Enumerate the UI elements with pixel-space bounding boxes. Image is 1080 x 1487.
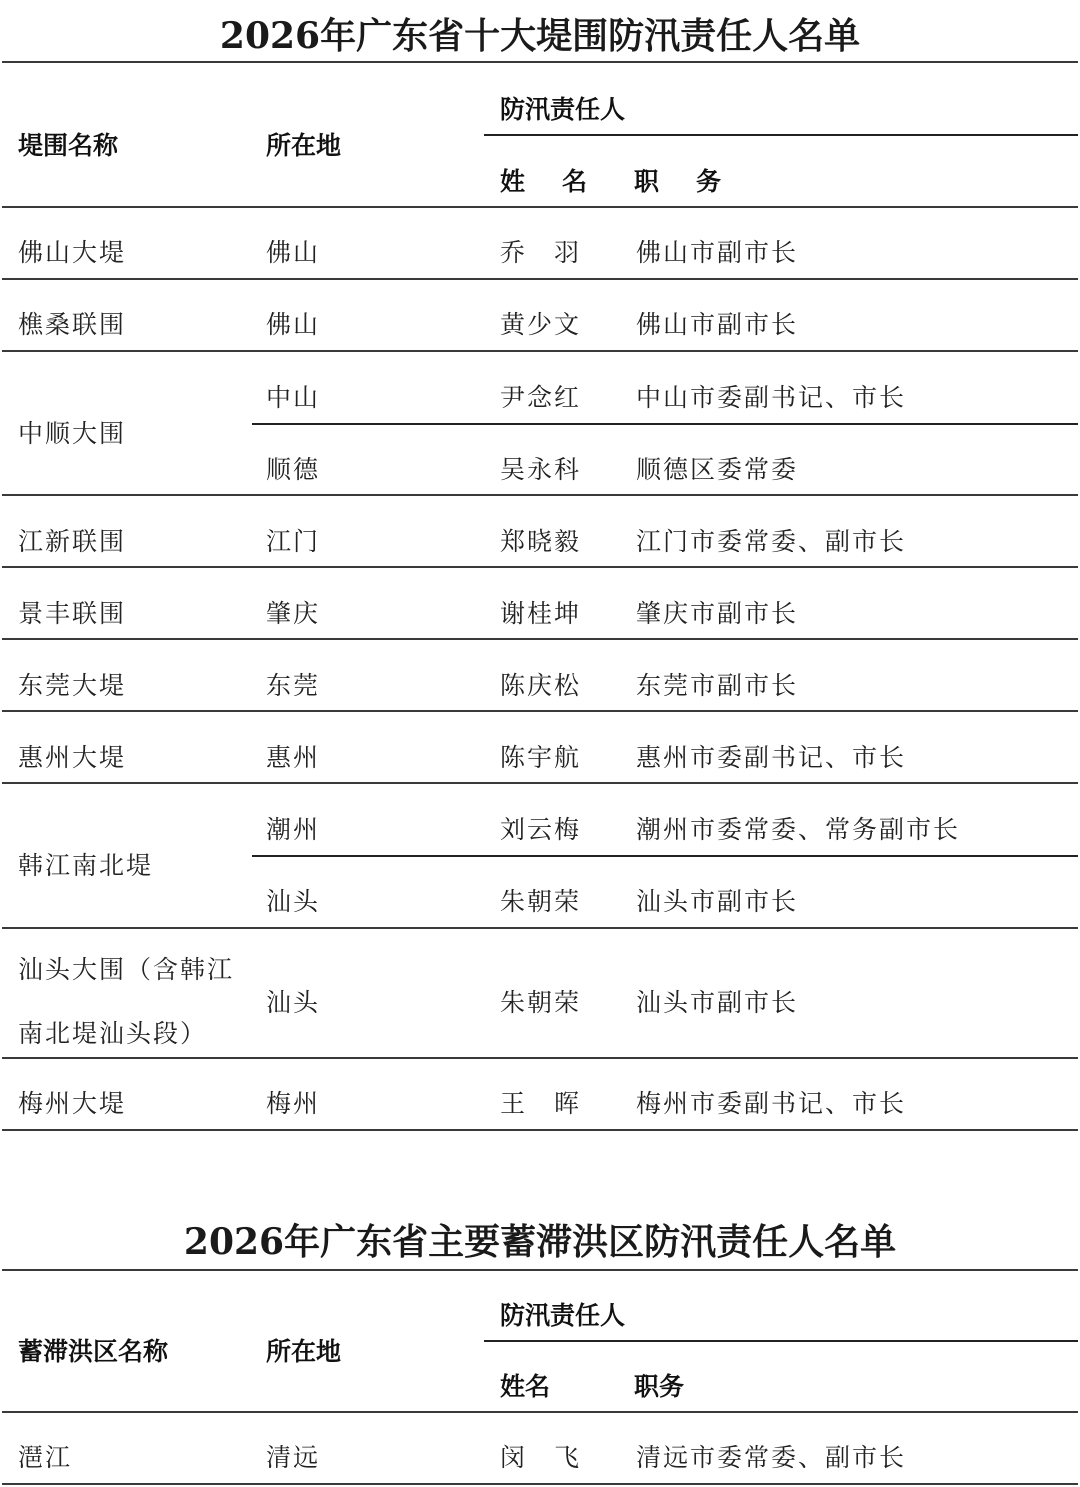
table-row-name: 东莞大堤 bbox=[18, 671, 126, 701]
table-row-name-line1: 汕头大围（含韩江 bbox=[18, 955, 234, 985]
row-divider bbox=[2, 278, 1078, 280]
table-row-person: 尹念红 bbox=[500, 383, 581, 413]
table2-header-person-name: 姓名 bbox=[500, 1372, 550, 1402]
table-row-name: 韩江南北堤 bbox=[18, 851, 153, 881]
table-row-position: 汕头市副市长 bbox=[636, 988, 798, 1018]
table-row-position: 佛山市副市长 bbox=[636, 238, 798, 268]
table-row-person: 陈庆松 bbox=[500, 671, 581, 701]
table-row-name-line2: 南北堤汕头段） bbox=[18, 1019, 207, 1049]
table1-header-name: 堤围名称 bbox=[18, 131, 118, 161]
table2-bottom-rule bbox=[2, 1483, 1078, 1485]
table-row-position: 肇庆市副市长 bbox=[636, 599, 798, 629]
row-divider bbox=[2, 927, 1078, 929]
table-row-location: 汕头 bbox=[266, 988, 320, 1018]
table-row-location: 梅州 bbox=[266, 1089, 320, 1119]
row-divider bbox=[2, 710, 1078, 712]
sub-row-divider bbox=[252, 855, 1078, 857]
table-row-location: 顺德 bbox=[266, 455, 320, 485]
table-row-position: 惠州市委副书记、市长 bbox=[636, 743, 906, 773]
table-row-location: 惠州 bbox=[266, 743, 320, 773]
table-row-name: 景丰联围 bbox=[18, 599, 126, 629]
table-row-location: 中山 bbox=[266, 383, 320, 413]
table1-header-bottom-rule bbox=[2, 206, 1078, 208]
table-row-location: 肇庆 bbox=[266, 599, 320, 629]
table-row-position: 东莞市副市长 bbox=[636, 671, 798, 701]
table2-header-bottom-rule bbox=[2, 1411, 1078, 1413]
table-row-position: 江门市委常委、副市长 bbox=[636, 527, 906, 557]
table-row-person: 闵 飞 bbox=[500, 1443, 581, 1473]
table-row-person: 刘云梅 bbox=[500, 815, 581, 845]
table-row-name: 樵桑联围 bbox=[18, 310, 126, 340]
table-row-name: 惠州大堤 bbox=[18, 743, 126, 773]
table-row-position: 梅州市委副书记、市长 bbox=[636, 1089, 906, 1119]
table-row-person: 黄少文 bbox=[500, 310, 581, 340]
table-row-person: 朱朝荣 bbox=[500, 887, 581, 917]
table2-header-position: 职务 bbox=[634, 1372, 684, 1402]
table-row-location: 潮州 bbox=[266, 815, 320, 845]
table2-header-responsible: 防汛责任人 bbox=[500, 1301, 625, 1331]
table-row-position: 佛山市副市长 bbox=[636, 310, 798, 340]
table-row-person: 郑晓毅 bbox=[500, 527, 581, 557]
table1-header-responsible: 防汛责任人 bbox=[500, 95, 625, 125]
table-row-name: 中顺大围 bbox=[18, 419, 126, 449]
table1-header-person-name: 姓 名 bbox=[500, 167, 593, 197]
sub-row-divider bbox=[252, 423, 1078, 425]
table-row-person: 王 晖 bbox=[500, 1089, 581, 1119]
table-row-location: 东莞 bbox=[266, 671, 320, 701]
table-row-position: 汕头市副市长 bbox=[636, 887, 798, 917]
table-row-name: 潖江 bbox=[18, 1443, 72, 1473]
row-divider bbox=[2, 1057, 1078, 1059]
table1-top-rule bbox=[2, 61, 1078, 63]
table-row-person: 谢桂坤 bbox=[500, 599, 581, 629]
table-row-person: 朱朝荣 bbox=[500, 988, 581, 1018]
table-row-person: 乔 羽 bbox=[500, 238, 581, 268]
table-row-person: 吴永科 bbox=[500, 455, 581, 485]
table2-title: 2026年广东省主要蓄滞洪区防汛责任人名单 bbox=[0, 1222, 1080, 1262]
table-row-location: 佛山 bbox=[266, 238, 320, 268]
table2-header-subrule bbox=[484, 1340, 1078, 1342]
table2-top-rule bbox=[2, 1269, 1078, 1271]
table-row-name: 江新联围 bbox=[18, 527, 126, 557]
table1-title: 2026年广东省十大堤围防汛责任人名单 bbox=[0, 16, 1080, 56]
table-row-person: 陈宇航 bbox=[500, 743, 581, 773]
table-row-location: 汕头 bbox=[266, 887, 320, 917]
table1-header-subrule bbox=[484, 134, 1078, 136]
row-divider bbox=[2, 638, 1078, 640]
table-row-name: 梅州大堤 bbox=[18, 1089, 126, 1119]
table1-header-location: 所在地 bbox=[266, 131, 341, 161]
table1-bottom-rule bbox=[2, 1129, 1078, 1131]
table2-header-location: 所在地 bbox=[266, 1337, 341, 1367]
table-row-position: 顺德区委常委 bbox=[636, 455, 798, 485]
row-divider bbox=[2, 350, 1078, 352]
table-row-location: 佛山 bbox=[266, 310, 320, 340]
row-divider bbox=[2, 782, 1078, 784]
table-row-location: 清远 bbox=[266, 1443, 320, 1473]
table1-header-position: 职 务 bbox=[634, 167, 727, 197]
table2-header-name: 蓄滞洪区名称 bbox=[18, 1337, 168, 1367]
row-divider bbox=[2, 566, 1078, 568]
row-divider bbox=[2, 494, 1078, 496]
table-row-location: 江门 bbox=[266, 527, 320, 557]
table-row-position: 潮州市委常委、常务副市长 bbox=[636, 815, 960, 845]
table-row-name: 佛山大堤 bbox=[18, 238, 126, 268]
table-row-position: 中山市委副书记、市长 bbox=[636, 383, 906, 413]
table-row-position: 清远市委常委、副市长 bbox=[636, 1443, 906, 1473]
